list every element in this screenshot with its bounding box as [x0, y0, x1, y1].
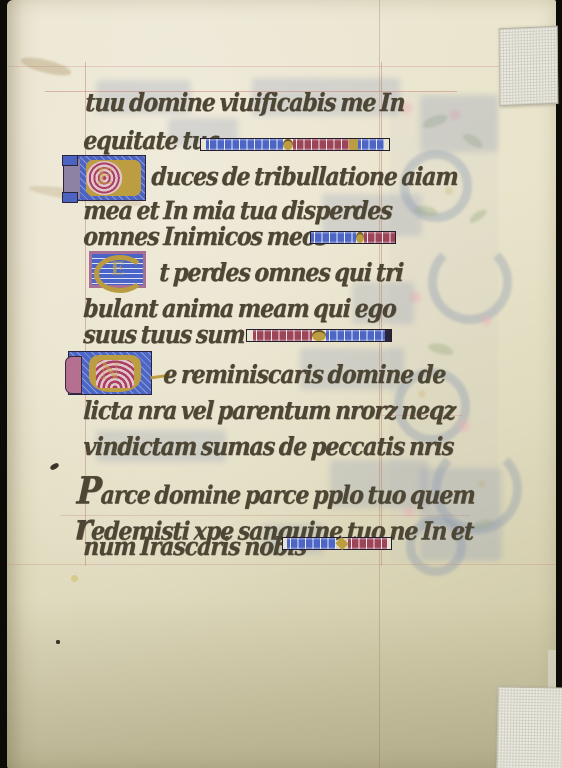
filler-cap: [387, 538, 391, 549]
showthrough-leaf: [427, 341, 455, 357]
ruling-line-top: [7, 66, 556, 67]
illuminated-initial-e2: E: [89, 251, 146, 288]
ink-bleed-patch: [420, 96, 498, 152]
filler-gold-dot: [312, 330, 326, 341]
text-line-1: tuu domine viuificabis me In: [85, 88, 406, 118]
initial-ornament: [65, 356, 82, 394]
ink-speck: [56, 640, 60, 644]
filler-cap: [384, 139, 389, 150]
tape-top-right: [499, 26, 559, 107]
illuminated-initial-n: N: [68, 351, 152, 395]
showthrough-leaf: [468, 207, 489, 225]
line-filler-4: [282, 537, 392, 550]
text-line-11: vindictam sumas de peccatis nris: [83, 432, 454, 462]
text-line-8: suus tuus sum: [83, 320, 246, 350]
initial-letter: E: [111, 258, 125, 279]
filler-gold-dot: [356, 232, 364, 243]
showthrough-flower: [456, 418, 472, 434]
filler-gold-diamond: [335, 537, 348, 550]
filler-blue-segment: [206, 139, 283, 150]
filler-blue-segment: [358, 139, 384, 150]
tape-edge-wrap: [548, 650, 556, 692]
filler-maroon-segment: [364, 232, 395, 243]
filler-blue-segment: [326, 330, 385, 341]
filler-maroon-segment: [293, 139, 349, 150]
filler-maroon-segment: [348, 538, 387, 549]
text-line-14: num Irascaris nobis: [83, 532, 307, 562]
text-line-10: licta nra vel parentum nrorz neqz: [83, 396, 456, 426]
initial-letter: N: [100, 359, 120, 385]
tape-bottom-right: [496, 686, 562, 768]
manuscript-photo: E E N tuu domine viuificabis me In equit…: [0, 0, 562, 768]
filler-blue-segment: [311, 232, 356, 243]
ruling-line-bottom: [7, 564, 556, 565]
text-line-3: duces de tribullatione aiam: [151, 162, 459, 192]
yellow-stain: [71, 575, 78, 582]
line-filler-1: [200, 138, 390, 151]
text-line-9: e reminiscaris domine de: [163, 360, 446, 390]
filler-gold-square: [349, 139, 358, 150]
filler-blue-segment: [287, 538, 336, 549]
text-line-5: omnes Inimicos meos: [83, 222, 328, 252]
filler-gold-dot: [283, 139, 293, 150]
filler-maroon-segment: [253, 330, 312, 341]
showthrough-swirl: [428, 240, 512, 324]
line-filler-3: [246, 329, 392, 342]
line-filler-2: [310, 231, 396, 244]
initial-ornament: [64, 159, 80, 199]
filler-cap: [385, 330, 391, 341]
showthrough-flower: [480, 314, 493, 327]
initial-letter: E: [96, 164, 113, 190]
illuminated-initial-e1: E: [63, 155, 146, 201]
text-line-6: t perdes omnes qui tri: [159, 258, 404, 288]
